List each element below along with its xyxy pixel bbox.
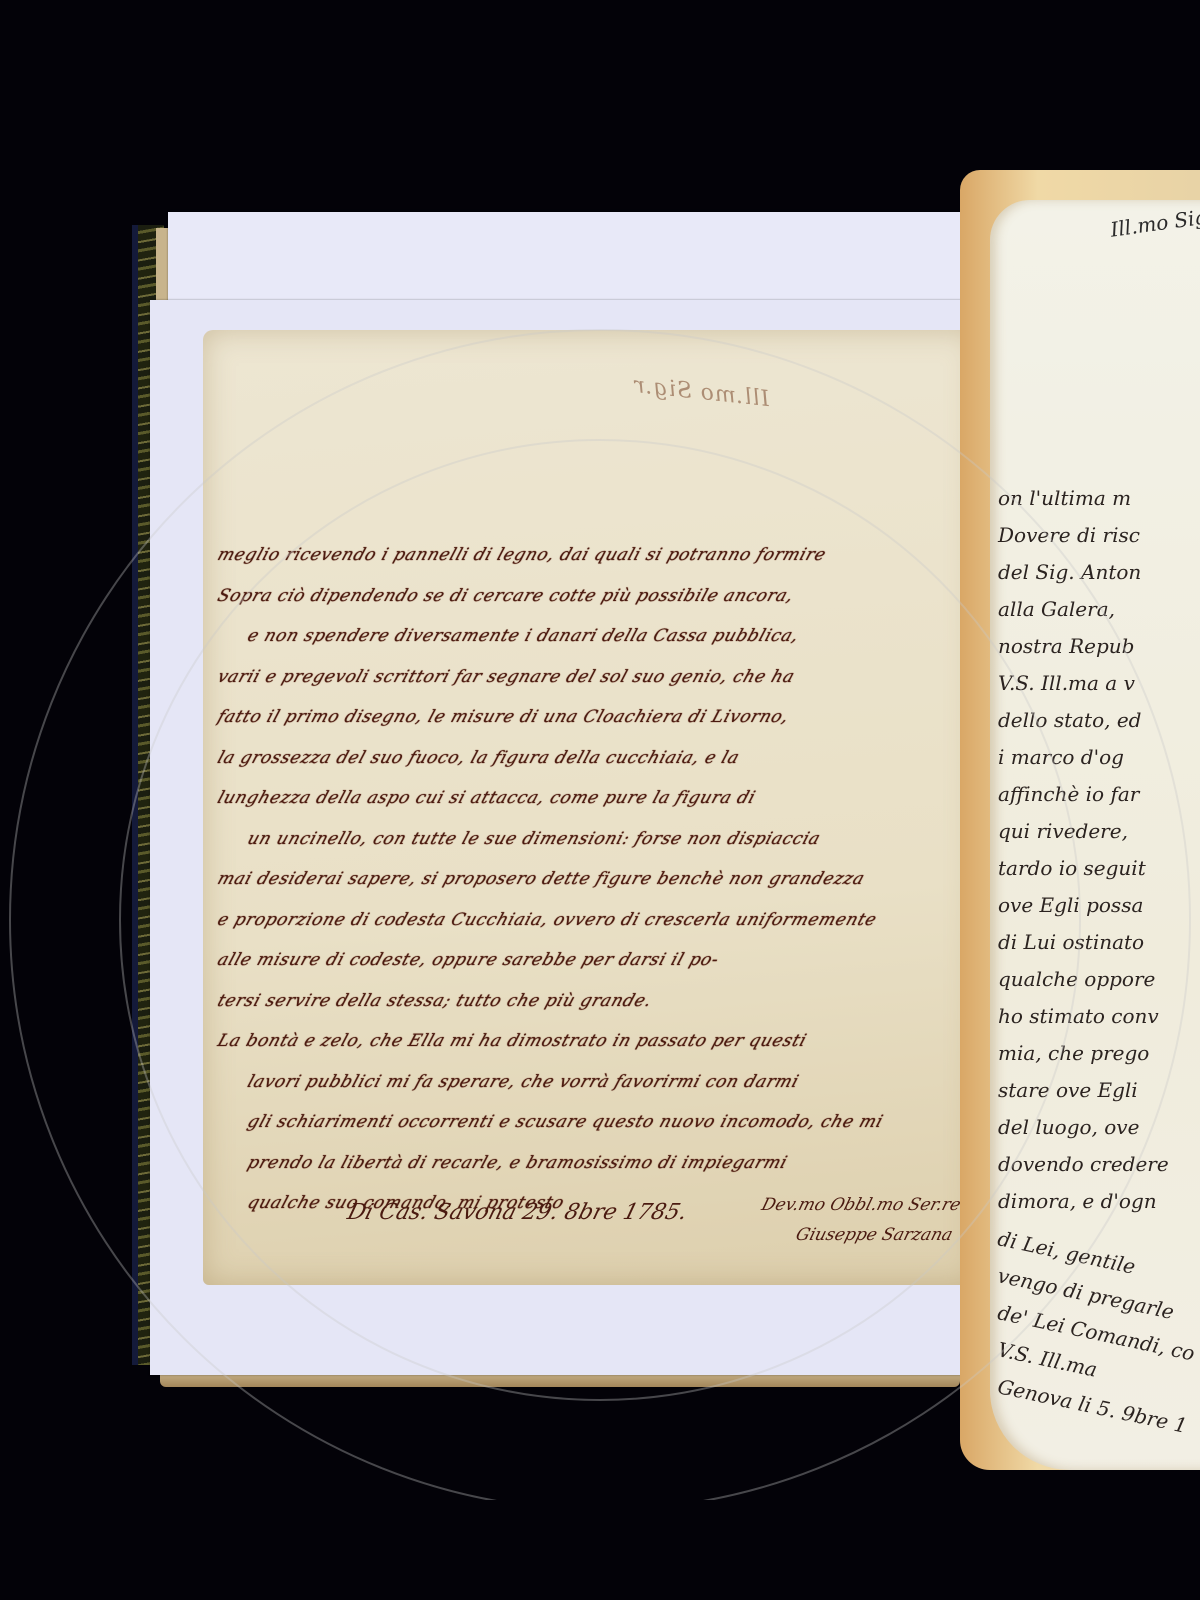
letter-line: lunghezza della aspo cui si attacca, com… bbox=[211, 778, 974, 819]
letter-line: fatto il primo disegno, le misure di una… bbox=[211, 697, 974, 738]
letter-line: Sopra ciò dipendendo se di cercare cotte… bbox=[211, 576, 974, 617]
letter-line: tersi servire della stessa; tutto che pi… bbox=[211, 981, 974, 1022]
right-line: dovendo credere bbox=[998, 1146, 1199, 1183]
right-line: tardo io seguit bbox=[998, 850, 1199, 887]
signature-name: Giuseppe Sarzana bbox=[750, 1220, 956, 1250]
right-page-letter: Ill.mo Sig.r on l'ultima m Dovere di ris… bbox=[990, 200, 1200, 1470]
right-line: qui rivedere, bbox=[998, 813, 1199, 850]
right-line: di Lui ostinato bbox=[998, 924, 1199, 961]
letter-line: mai desiderai sapere, si proposero dette… bbox=[211, 859, 974, 900]
right-line: V.S. Ill.ma a v bbox=[998, 665, 1199, 702]
letter-signature: Dev.mo Obbl.mo Ser.re Giuseppe Sarzana bbox=[750, 1190, 964, 1250]
right-page-heading: Ill.mo Sig.r bbox=[1109, 202, 1200, 242]
right-line: on l'ultima m bbox=[998, 480, 1199, 517]
right-line: dimora, e d'ogn bbox=[998, 1183, 1199, 1220]
right-line: del Sig. Anton bbox=[998, 554, 1199, 591]
right-line: mia, che prego bbox=[998, 1035, 1199, 1072]
letter-line: la grossezza del suo fuoco, la figura de… bbox=[211, 738, 974, 779]
letter-line: e non spendere diversamente i danari del… bbox=[211, 616, 974, 657]
letter-line: alle misure di codeste, oppure sarebbe p… bbox=[211, 940, 974, 981]
signature-salutation: Dev.mo Obbl.mo Ser.re bbox=[758, 1190, 964, 1220]
right-line: ho stimato conv bbox=[998, 998, 1199, 1035]
letter-line: meglio ricevendo i pannelli di legno, da… bbox=[211, 535, 974, 576]
right-line: affinchè io far bbox=[998, 776, 1199, 813]
right-line: qualche oppore bbox=[998, 961, 1199, 998]
right-line: dello stato, ed bbox=[998, 702, 1199, 739]
letter-date-place: Di Cas. Savona 29. 8bre 1785. bbox=[345, 1200, 690, 1225]
letter-line: un uncinello, con tutte le sue dimension… bbox=[211, 819, 974, 860]
letter-line: gli schiarimenti occorrenti e scusare qu… bbox=[211, 1102, 974, 1143]
right-line: nostra Repub bbox=[998, 628, 1199, 665]
right-page-body: on l'ultima m Dovere di risc del Sig. An… bbox=[998, 480, 1199, 1405]
bleed-through-text: Ill.mo Sig.r bbox=[632, 373, 770, 412]
letter-line: varii e pregevoli scrittori far segnare … bbox=[211, 657, 974, 698]
right-line: Dovere di risc bbox=[998, 517, 1199, 554]
right-line: del luogo, ove bbox=[998, 1109, 1199, 1146]
right-line: ove Egli possa bbox=[998, 887, 1199, 924]
handwritten-letter: Ill.mo Sig.r meglio ricevendo i pannelli… bbox=[203, 330, 976, 1285]
letter-line: e proporzione di codesta Cucchiaia, ovve… bbox=[211, 900, 974, 941]
right-line: stare ove Egli bbox=[998, 1072, 1199, 1109]
right-line: alla Galera, bbox=[998, 591, 1199, 628]
letter-line: prendo la libertà di recarle, e bramosis… bbox=[211, 1143, 974, 1184]
letter-line: lavori pubblici mi fa sperare, che vorrà… bbox=[211, 1062, 974, 1103]
letter-body: meglio ricevendo i pannelli di legno, da… bbox=[218, 535, 968, 1224]
letter-line: La bontà e zelo, che Ella mi ha dimostra… bbox=[211, 1021, 974, 1062]
right-line: i marco d'og bbox=[998, 739, 1199, 776]
